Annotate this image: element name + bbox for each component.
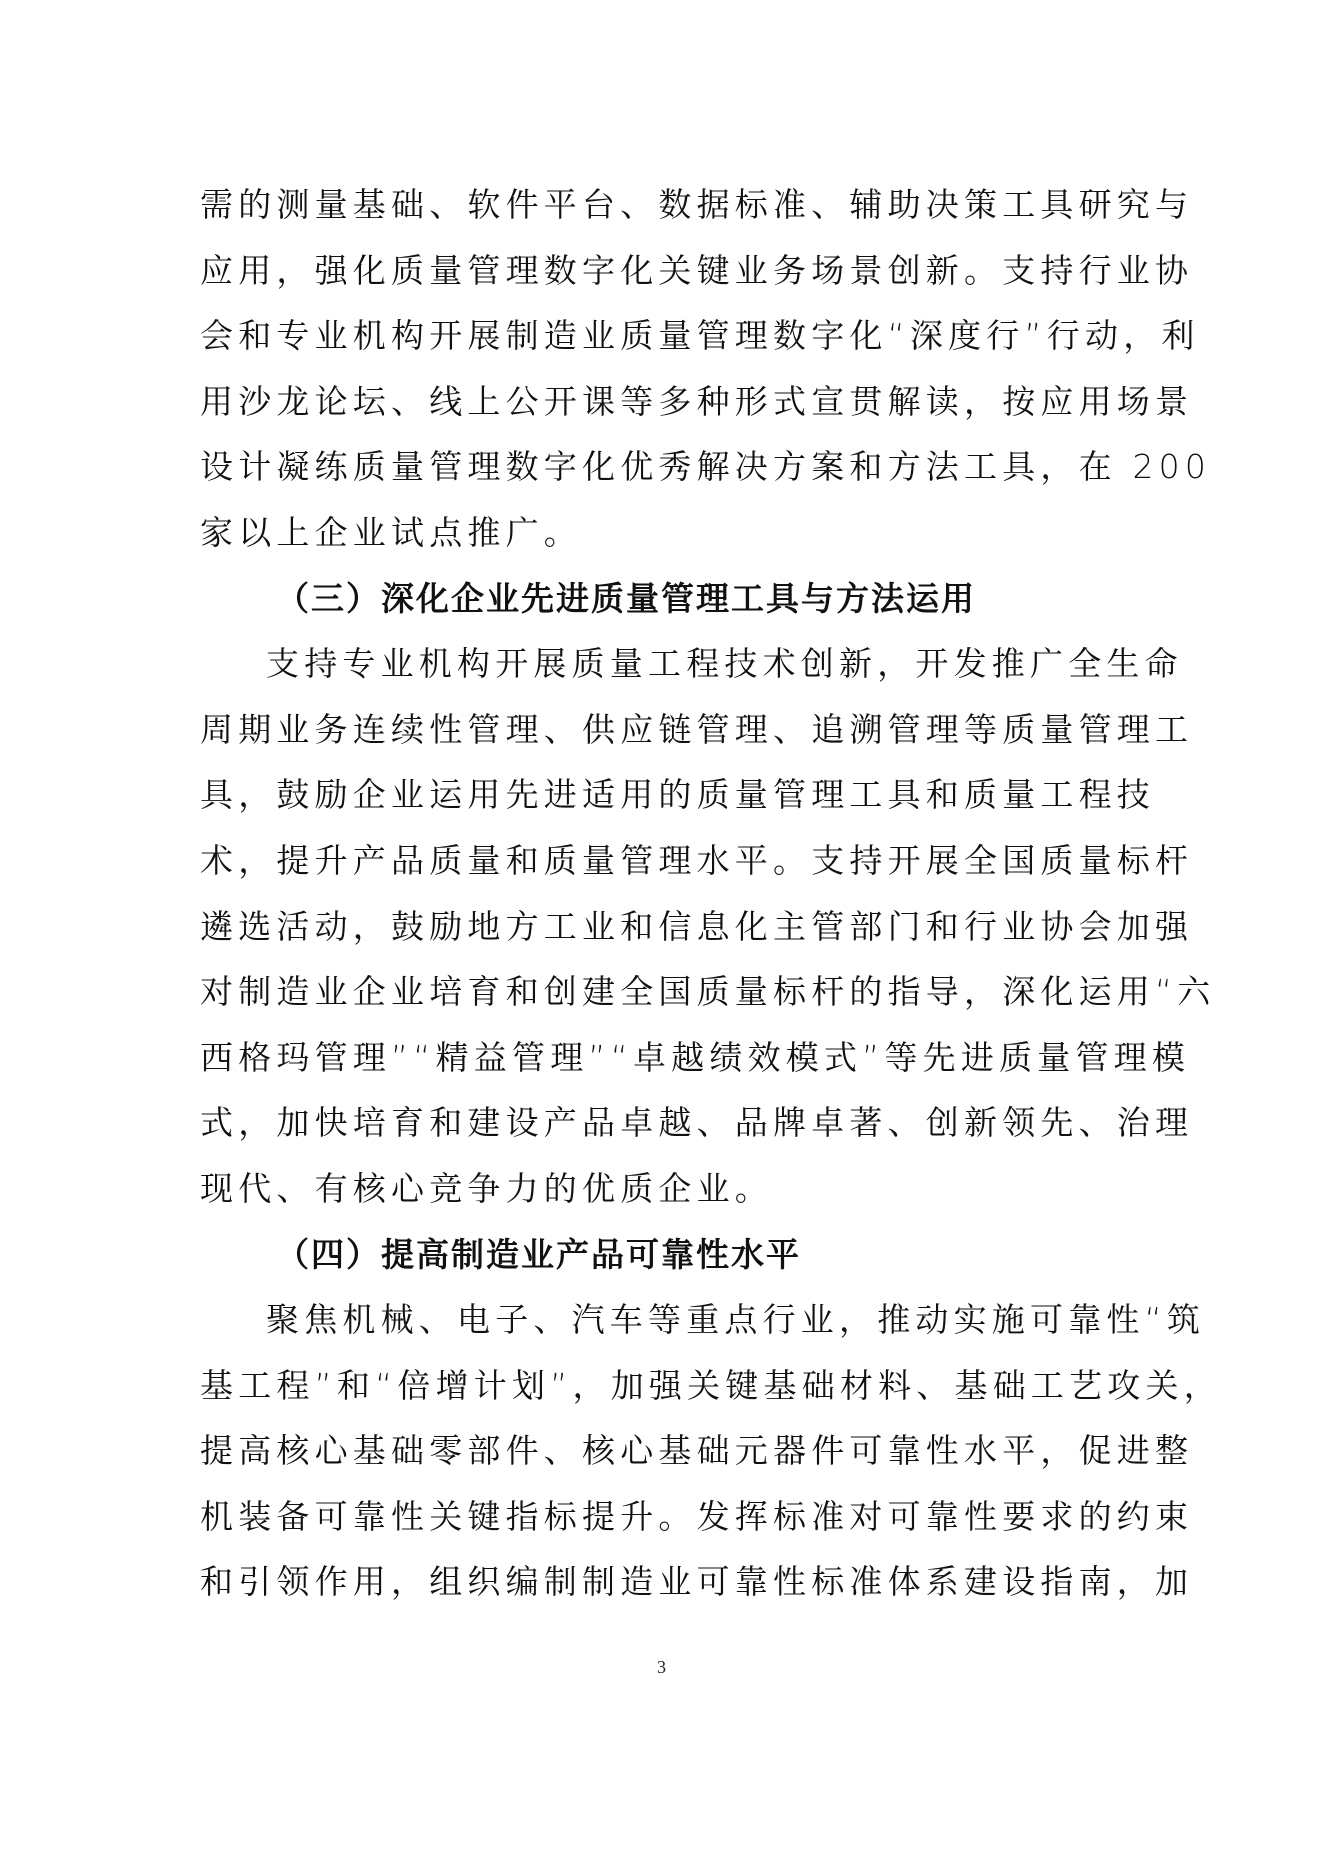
- text-line: 术，提升产品质量和质量管理水平。支持开展全国质量标杆: [200, 828, 1130, 894]
- text-line: 西格玛管理”“精益管理”“卓越绩效模式”等先进质量管理模: [200, 1025, 1130, 1091]
- text-line: 支持专业机构开展质量工程技术创新，开发推广全生命: [200, 631, 1130, 697]
- text-line: 和引领作用，组织编制制造业可靠性标准体系建设指南，加: [200, 1549, 1130, 1615]
- text-line: 会和专业机构开展制造业质量管理数字化“深度行”行动，利: [200, 303, 1130, 369]
- text-line: 基工程”和“倍增计划”，加强关键基础材料、基础工艺攻关，: [200, 1353, 1130, 1419]
- document-page: 需的测量基础、软件平台、数据标准、辅助决策工具研究与 应用，强化质量管理数字化关…: [0, 0, 1323, 1871]
- section-heading-3: （三）深化企业先进质量管理工具与方法运用: [200, 566, 1130, 632]
- document-body: 需的测量基础、软件平台、数据标准、辅助决策工具研究与 应用，强化质量管理数字化关…: [200, 172, 1130, 1615]
- text-line: 用沙龙论坛、线上公开课等多种形式宣贯解读，按应用场景: [200, 369, 1130, 435]
- text-line: 具，鼓励企业运用先进适用的质量管理工具和质量工程技: [200, 762, 1130, 828]
- text-line: 提高核心基础零部件、核心基础元器件可靠性水平，促进整: [200, 1418, 1130, 1484]
- text-line: 对制造业企业培育和创建全国质量标杆的指导，深化运用“六: [200, 959, 1130, 1025]
- page-number: 3: [0, 1657, 1323, 1678]
- text-line: 现代、有核心竞争力的优质企业。: [200, 1156, 1130, 1222]
- section-heading-4: （四）提高制造业产品可靠性水平: [200, 1222, 1130, 1288]
- text-line: 聚焦机械、电子、汽车等重点行业，推动实施可靠性“筑: [200, 1287, 1130, 1353]
- text-line: 机装备可靠性关键指标提升。发挥标准对可靠性要求的约束: [200, 1484, 1130, 1550]
- text-line: 设计凝练质量管理数字化优秀解决方案和方法工具，在 200: [200, 434, 1130, 500]
- text-line: 周期业务连续性管理、供应链管理、追溯管理等质量管理工: [200, 697, 1130, 763]
- text-line: 家以上企业试点推广。: [200, 500, 1130, 566]
- text-line: 式，加快培育和建设产品卓越、品牌卓著、创新领先、治理: [200, 1090, 1130, 1156]
- text-line: 需的测量基础、软件平台、数据标准、辅助决策工具研究与: [200, 172, 1130, 238]
- text-line: 应用，强化质量管理数字化关键业务场景创新。支持行业协: [200, 238, 1130, 304]
- text-line: 遴选活动，鼓励地方工业和信息化主管部门和行业协会加强: [200, 894, 1130, 960]
